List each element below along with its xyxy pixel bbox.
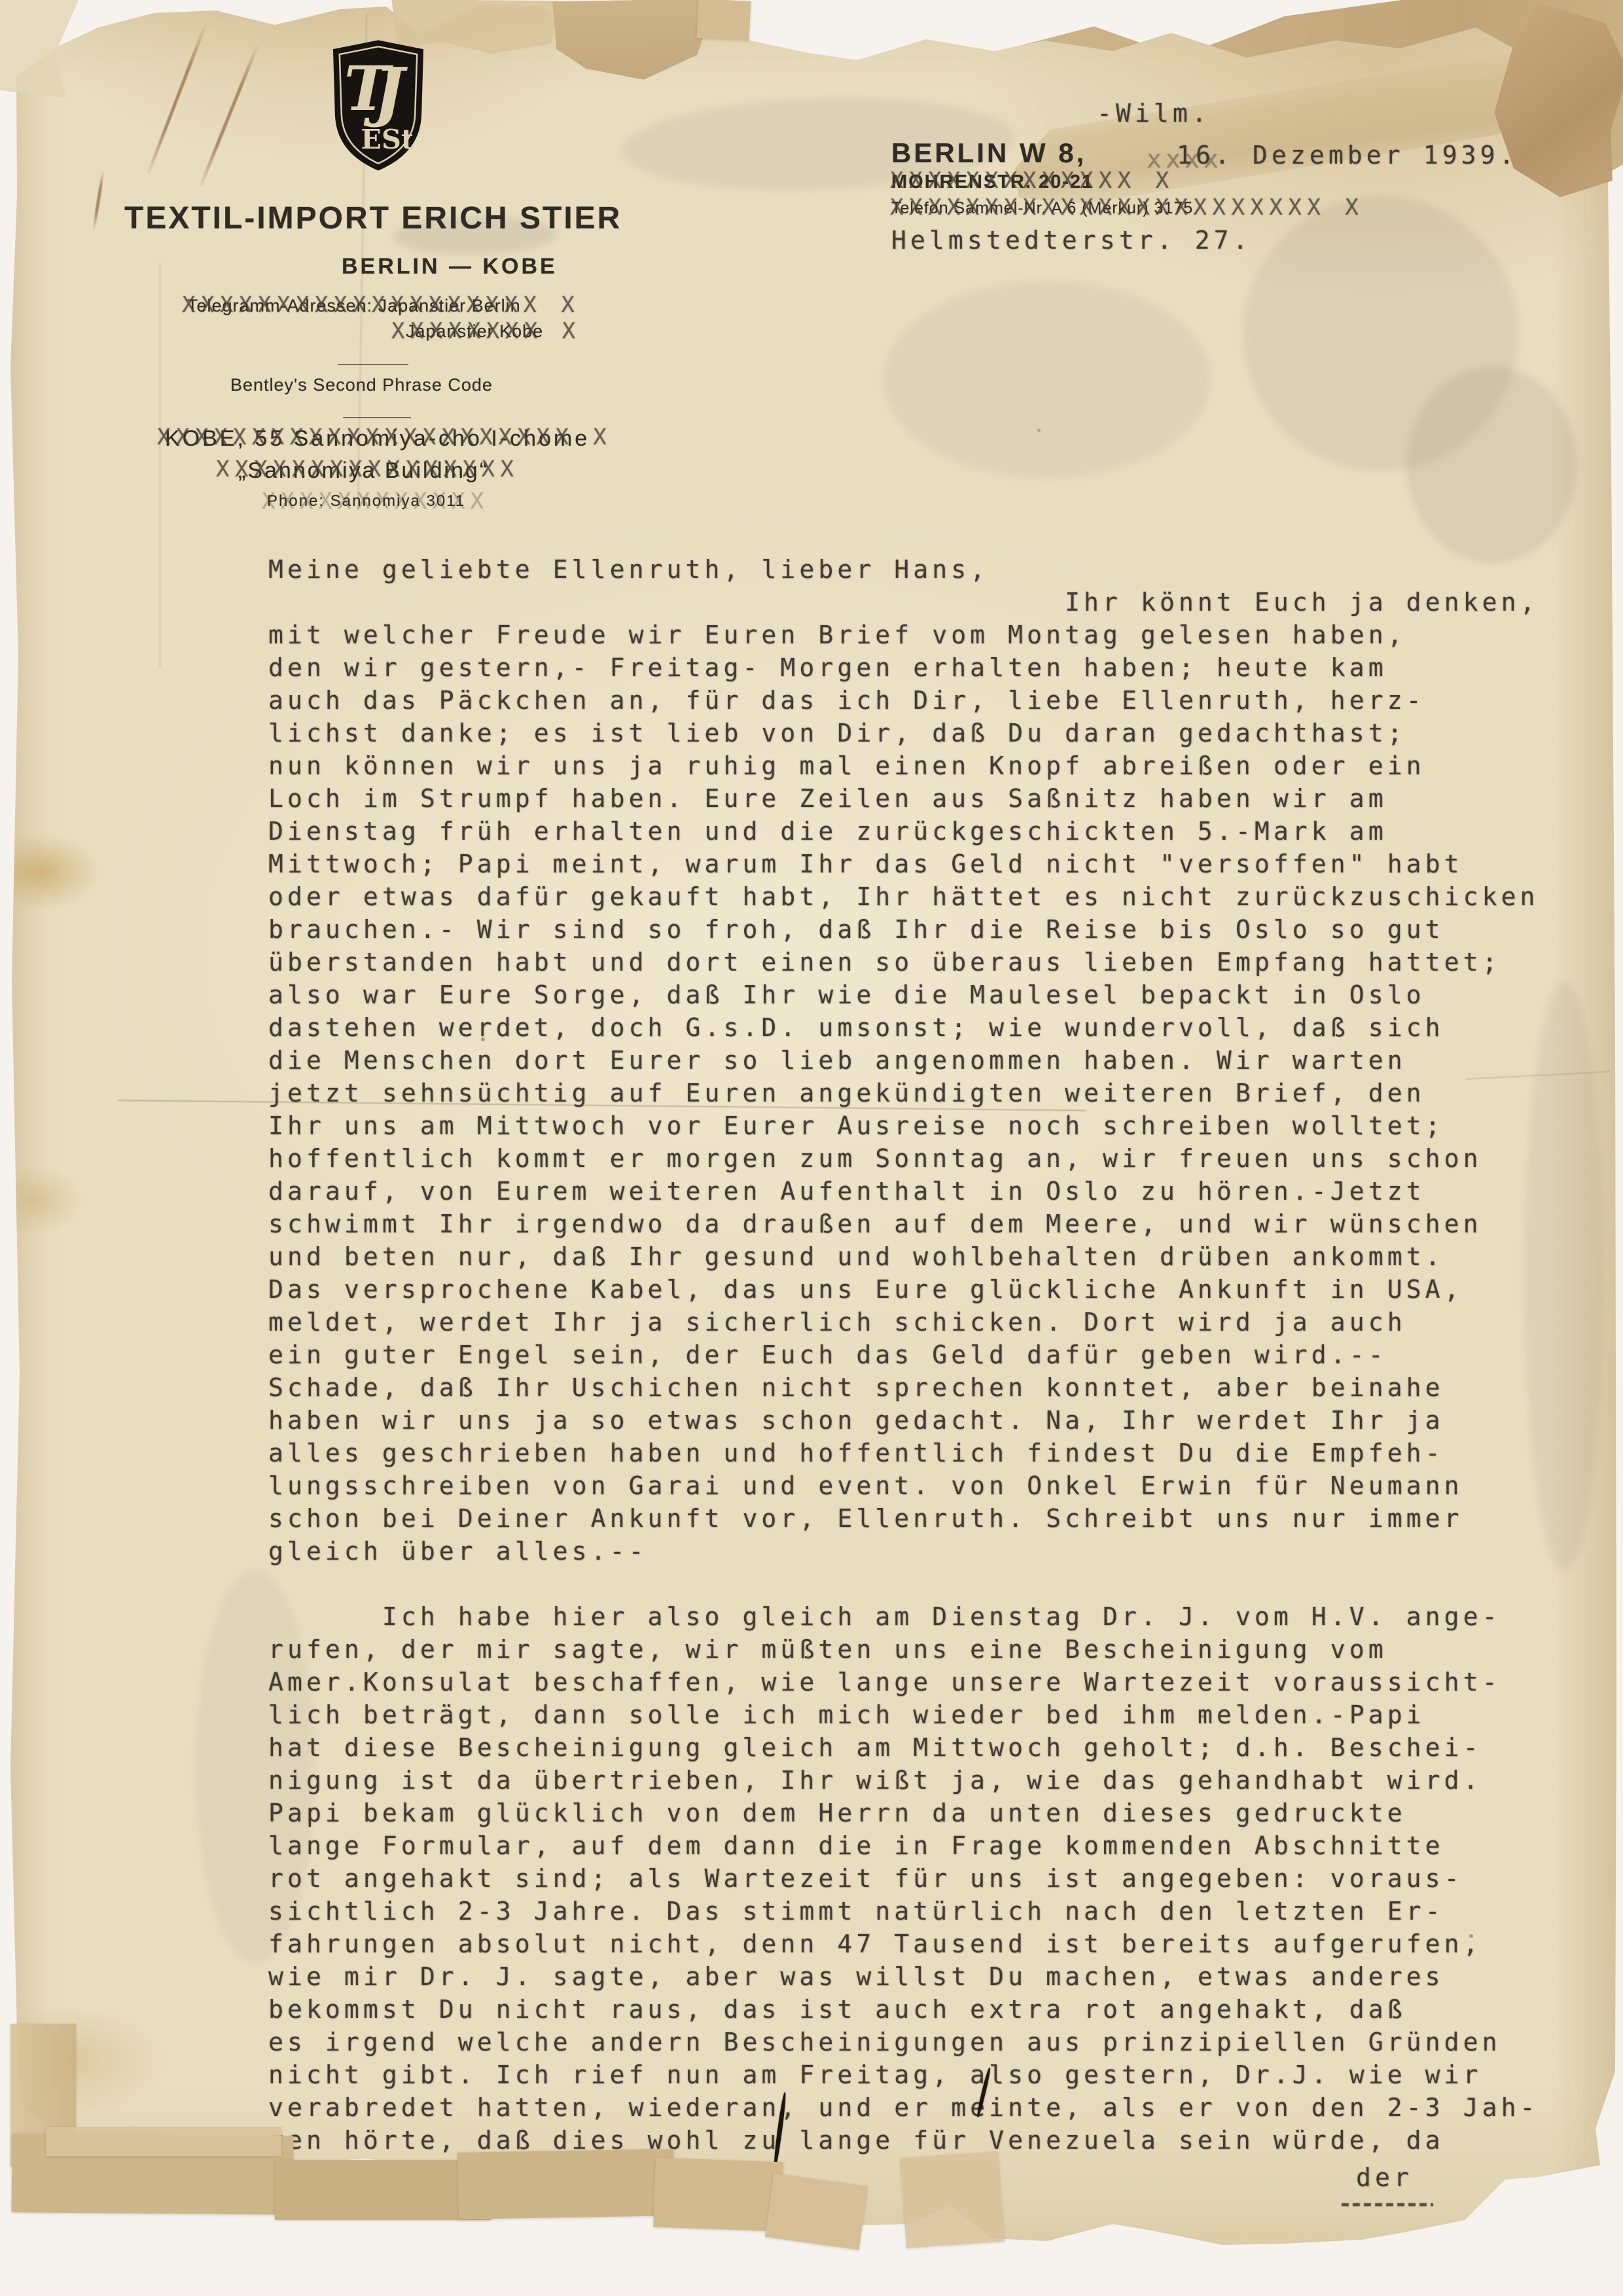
catchword-underline bbox=[1342, 2203, 1433, 2206]
tape-top-piece-3 bbox=[696, 0, 751, 41]
strikeout-kobe-phone: XXXXXXXXXXXX bbox=[262, 488, 490, 514]
tape-bottom-seg-2 bbox=[46, 2127, 281, 2156]
letter-scan: T J ESt TEXTIL-IMPORT ERICH STIER BERLIN… bbox=[0, 0, 1623, 2296]
company-name: TEXTIL-IMPORT ERICH STIER bbox=[124, 200, 622, 236]
letter-body-text: Meine geliebte Ellenruth, lieber Hans, I… bbox=[268, 553, 1539, 2157]
scanner-edge-strip bbox=[0, 2288, 1623, 2296]
strikeout-telefon: XXXXXXXXXXXXXXXXXXXXXXX X bbox=[890, 194, 1364, 221]
tape-bottom-seg-6 bbox=[765, 2173, 868, 2250]
foxing-speck-4 bbox=[1037, 429, 1041, 432]
monogram-ESt: ESt bbox=[361, 123, 414, 155]
strikeout-telegram-line2: XXXXXXXX X bbox=[391, 318, 581, 344]
divider-rule-1 bbox=[338, 364, 408, 365]
strikeout-telegram-line1: XXXXXXXXXXXXXXXXXXX X bbox=[182, 292, 580, 318]
bleedthrough-smudge-2 bbox=[1407, 367, 1577, 563]
company-shield-logo: T J ESt bbox=[330, 37, 427, 174]
city-line: BERLIN W 8, bbox=[891, 137, 1086, 169]
divider-rule-2 bbox=[343, 417, 411, 418]
vertical-crease-2 bbox=[159, 262, 161, 668]
tape-bottom-right-bit bbox=[900, 2151, 1004, 2248]
date-line: 16. Dezember 1939. bbox=[1177, 139, 1518, 171]
strikeout-kobe-building: XXXXXXXXXXXXXXXX bbox=[216, 456, 520, 482]
phrase-code-line: Bentley's Second Phrase Code bbox=[230, 375, 493, 395]
typed-street-line: Helmstedterstr. 27. bbox=[891, 224, 1252, 257]
company-route: BERLIN — KOBE bbox=[342, 254, 558, 279]
strikeout-kobe-address: XXXXXXXXXXXXXXXXXXXXXX X bbox=[157, 424, 612, 450]
bleedthrough-smudge-4 bbox=[883, 281, 1211, 478]
district-note: -Wilm. bbox=[1097, 97, 1211, 130]
catchword: der bbox=[1356, 2161, 1413, 2194]
tape-bottom-seg-4 bbox=[457, 2149, 675, 2219]
strikeout-street: XXXXXXXXXXXXX X bbox=[890, 168, 1175, 194]
tape-bottom-seg-5 bbox=[653, 2158, 783, 2232]
